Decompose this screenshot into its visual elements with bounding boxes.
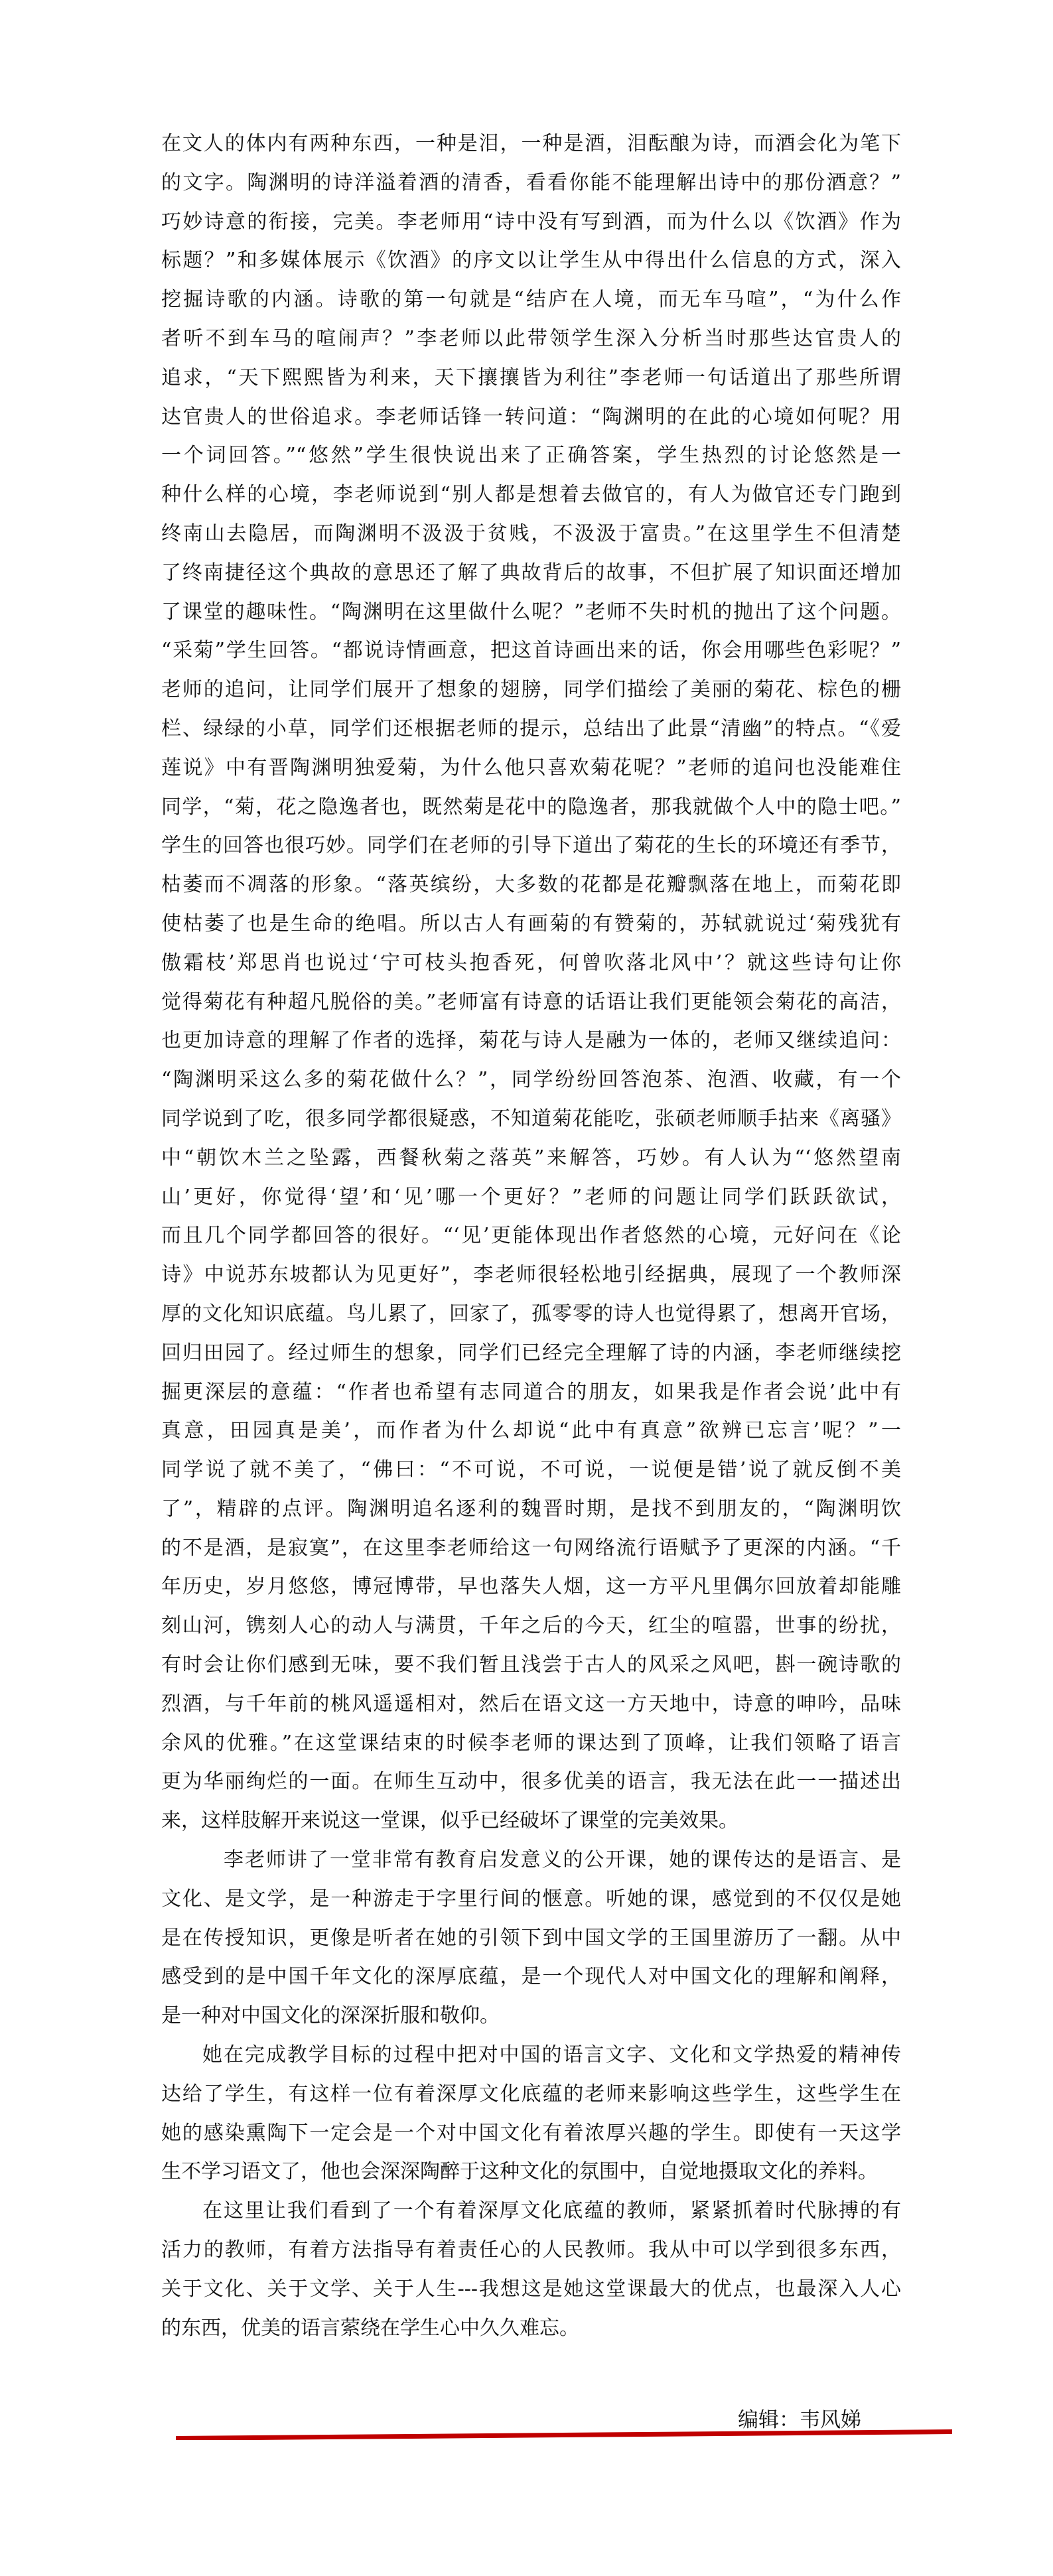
text-line: 而且几个同学都回答的很好。“‘见’更能体现出作者悠然的心境，元好问在《论 [161,1217,901,1256]
paragraph: 李老师讲了一堂非常有教育启发意义的公开课，她的课传达的是语言、是文化、是文学，是… [161,1841,901,2036]
text-line: 是在传授知识，更像是听者在她的引领下到中国文学的王国里游历了一翻。从中 [161,1919,901,1958]
text-line: 余风的优雅。”在这堂课结束的时候李老师的课达到了顶峰，让我们领略了语言 [161,1724,901,1763]
paragraph: 她在完成教学目标的过程中把对中国的语言文字、文化和文学热爱的精神传达给了学生，有… [161,2036,901,2192]
text-line: 关于文化、关于文学、关于人生---我想这是她这堂课最大的优点，也最深入人心 [161,2270,901,2309]
text-line: 来，这样肢解开来说这一堂课，似乎已经破坏了课堂的完美效果。 [161,1802,901,1841]
text-line: 莲说》中有晋陶渊明独爱菊，为什么他只喜欢菊花呢？”老师的追问也没能难住 [161,749,901,788]
text-line: 觉得菊花有种超凡脱俗的美。”老师富有诗意的话语让我们更能领会菊花的高洁， [161,983,901,1022]
text-line: 在文人的体内有两种东西，一种是泪，一种是酒，泪酝酿为诗，而酒会化为笔下 [161,125,901,164]
text-line: 生不学习语文了，他也会深深陶醉于这种文化的氛围中，自觉地摄取文化的养料。 [161,2153,901,2192]
text-line: 真意，田园真是美’，而作者为什么却说“此中有真意”欲辨已忘言’呢？”一 [161,1412,901,1451]
text-line: 李老师讲了一堂非常有教育启发意义的公开课，她的课传达的是语言、是 [161,1841,901,1880]
text-line: 中“朝饮木兰之坠露，西餐秋菊之落英”来解答，巧妙。有人认为“‘悠然望南 [161,1139,901,1178]
text-line: 是一种对中国文化的深深折服和敬仰。 [161,1997,901,2036]
text-line: 一个词回答。”“悠然”学生很快说出来了正确答案，学生热烈的讨论悠然是一 [161,437,901,476]
text-line: 同学，“菊，花之隐逸者也，既然菊是花中的隐逸者，那我就做个人中的隐士吧。” [161,788,901,827]
text-line: 者听不到车马的喧闹声？”李老师以此带领学生深入分析当时那些达官贵人的 [161,320,901,359]
text-line: 挖掘诗歌的内涵。诗歌的第一句就是“结庐在人境，而无车马喧”，“为什么作 [161,281,901,320]
text-line: 老师的追问，让同学们展开了想象的翅膀，同学们描绘了美丽的菊花、棕色的栅 [161,671,901,710]
text-line: 傲霜枝’郑思肖也说过‘宁可枝头抱香死，何曾吹落北风中’？就这些诗句让你 [161,944,901,983]
text-line: 她在完成教学目标的过程中把对中国的语言文字、文化和文学热爱的精神传 [161,2036,901,2075]
text-line: 她的感染熏陶下一定会是一个对中国文化有着浓厚兴趣的学生。即使有一天这学 [161,2114,901,2153]
text-line: 达给了学生，有这样一位有着深厚文化底蕴的老师来影响这些学生，这些学生在 [161,2075,901,2114]
text-line: 枯萎而不凋落的形象。“落英缤纷，大多数的花都是花瓣飘落在地上，而菊花即 [161,866,901,905]
article-body: 在文人的体内有两种东西，一种是泪，一种是酒，泪酝酿为诗，而酒会化为笔下的文字。陶… [161,125,901,2348]
text-line: 刻山河，镌刻人心的动人与满贯，千年之后的今天，红尘的喧嚣，世事的纷扰， [161,1607,901,1646]
text-line: 了课堂的趣味性。“陶渊明在这里做什么呢？”老师不失时机的抛出了这个问题。 [161,593,901,632]
text-line: 了终南捷径这个典故的意思还了解了典故背后的故事，不但扩展了知识面还增加 [161,554,901,593]
text-line: 栏、绿绿的小草，同学们还根据老师的提示，总结出了此景“清幽”的特点。“《爱 [161,710,901,749]
red-divider-line [176,2427,952,2440]
text-line: 活力的教师，有着方法指导有着责任心的人民教师。我从中可以学到很多东西， [161,2231,901,2270]
text-line: 同学说到了吃，很多同学都很疑惑，不知道菊花能吃，张硕老师顺手拈来《离骚》 [161,1100,901,1139]
text-line: 了”，精辟的点评。陶渊明追名逐利的魏晋时期，是找不到朋友的，“陶渊明饮 [161,1490,901,1529]
text-line: 文化、是文学，是一种游走于字里行间的惬意。听她的课，感觉到的不仅仅是她 [161,1880,901,1919]
paragraph: 在这里让我们看到了一个有着深厚文化底蕴的教师，紧紧抓着时代脉搏的有活力的教师，有… [161,2192,901,2348]
paragraph: 在文人的体内有两种东西，一种是泪，一种是酒，泪酝酿为诗，而酒会化为笔下的文字。陶… [161,125,901,1841]
text-line: 同学说了就不美了，“佛曰：“不可说，不可说，一说便是错’说了就反倒不美 [161,1451,901,1490]
text-line: 的不是酒，是寂寞”，在这里李老师给这一句网络流行语赋予了更深的内涵。“千 [161,1529,901,1568]
text-line: 掘更深层的意蕴：“作者也希望有志同道合的朋友，如果我是作者会说’此中有 [161,1373,901,1412]
text-line: 感受到的是中国千年文化的深厚底蕴，是一个现代人对中国文化的理解和阐释， [161,1958,901,1997]
text-line: 使枯萎了也是生命的绝唱。所以古人有画菊的有赞菊的，苏轼就说过‘菊残犹有 [161,905,901,944]
text-line: 标题？”和多媒体展示《饮酒》的序文以让学生从中得出什么信息的方式，深入 [161,241,901,281]
text-line: 烈酒，与千年前的桃风遥遥相对，然后在语文这一方天地中，诗意的呻吟，品味 [161,1685,901,1724]
text-line: “陶渊明采这么多的菊花做什么？”，同学纷纷回答泡茶、泡酒、收藏，有一个 [161,1061,901,1100]
text-line: 回归田园了。经过师生的想象，同学们已经完全理解了诗的内涵，李老师继续挖 [161,1334,901,1373]
text-line: 更为华丽绚烂的一面。在师生互动中，很多优美的语言，我无法在此一一描述出 [161,1763,901,1802]
text-line: 追求，“天下熙熙皆为利来，天下攘攘皆为利往”李老师一句话道出了那些所谓 [161,359,901,398]
text-line: 的东西，优美的语言萦绕在学生心中久久难忘。 [161,2309,901,2348]
text-line: 诗》中说苏东坡都认为见更好”，李老师很轻松地引经据典，展现了一个教师深 [161,1256,901,1295]
text-line: 在这里让我们看到了一个有着深厚文化底蕴的教师，紧紧抓着时代脉搏的有 [161,2192,901,2231]
text-line: 学生的回答也很巧妙。同学们在老师的引导下道出了菊花的生长的环境还有季节， [161,827,901,866]
text-line: 山’更好，你觉得‘望’和‘见’哪一个更好？”老师的问题让同学们跃跃欲试， [161,1178,901,1217]
text-line: 巧妙诗意的衔接，完美。李老师用“诗中没有写到酒，而为什么以《饮酒》作为 [161,203,901,242]
text-line: 有时会让你们感到无味，要不我们暂且浅尝于古人的风采之风吧，斟一碗诗歌的 [161,1646,901,1685]
text-line: 达官贵人的世俗追求。李老师话锋一转问道：“陶渊明的在此的心境如何呢？用 [161,398,901,437]
text-line: 年历史，岁月悠悠，博冠博带，早也落失人烟，这一方平凡里偶尔回放着却能雕 [161,1568,901,1607]
text-line: “采菊”学生回答。“都说诗情画意，把这首诗画出来的话，你会用哪些色彩呢？” [161,632,901,671]
text-line: 终南山去隐居，而陶渊明不汲汲于贫贱，不汲汲于富贵。”在这里学生不但清楚 [161,515,901,554]
text-line: 厚的文化知识底蕴。鸟儿累了，回家了，孤零零的诗人也觉得累了，想离开官场， [161,1295,901,1334]
text-line: 也更加诗意的理解了作者的选择，菊花与诗人是融为一体的，老师又继续追问： [161,1022,901,1061]
text-line: 种什么样的心境，李老师说到“别人都是想着去做官的，有人为做官还专门跑到 [161,476,901,515]
text-line: 的文字。陶渊明的诗洋溢着酒的清香，看看你能不能理解出诗中的那份酒意？” [161,164,901,203]
